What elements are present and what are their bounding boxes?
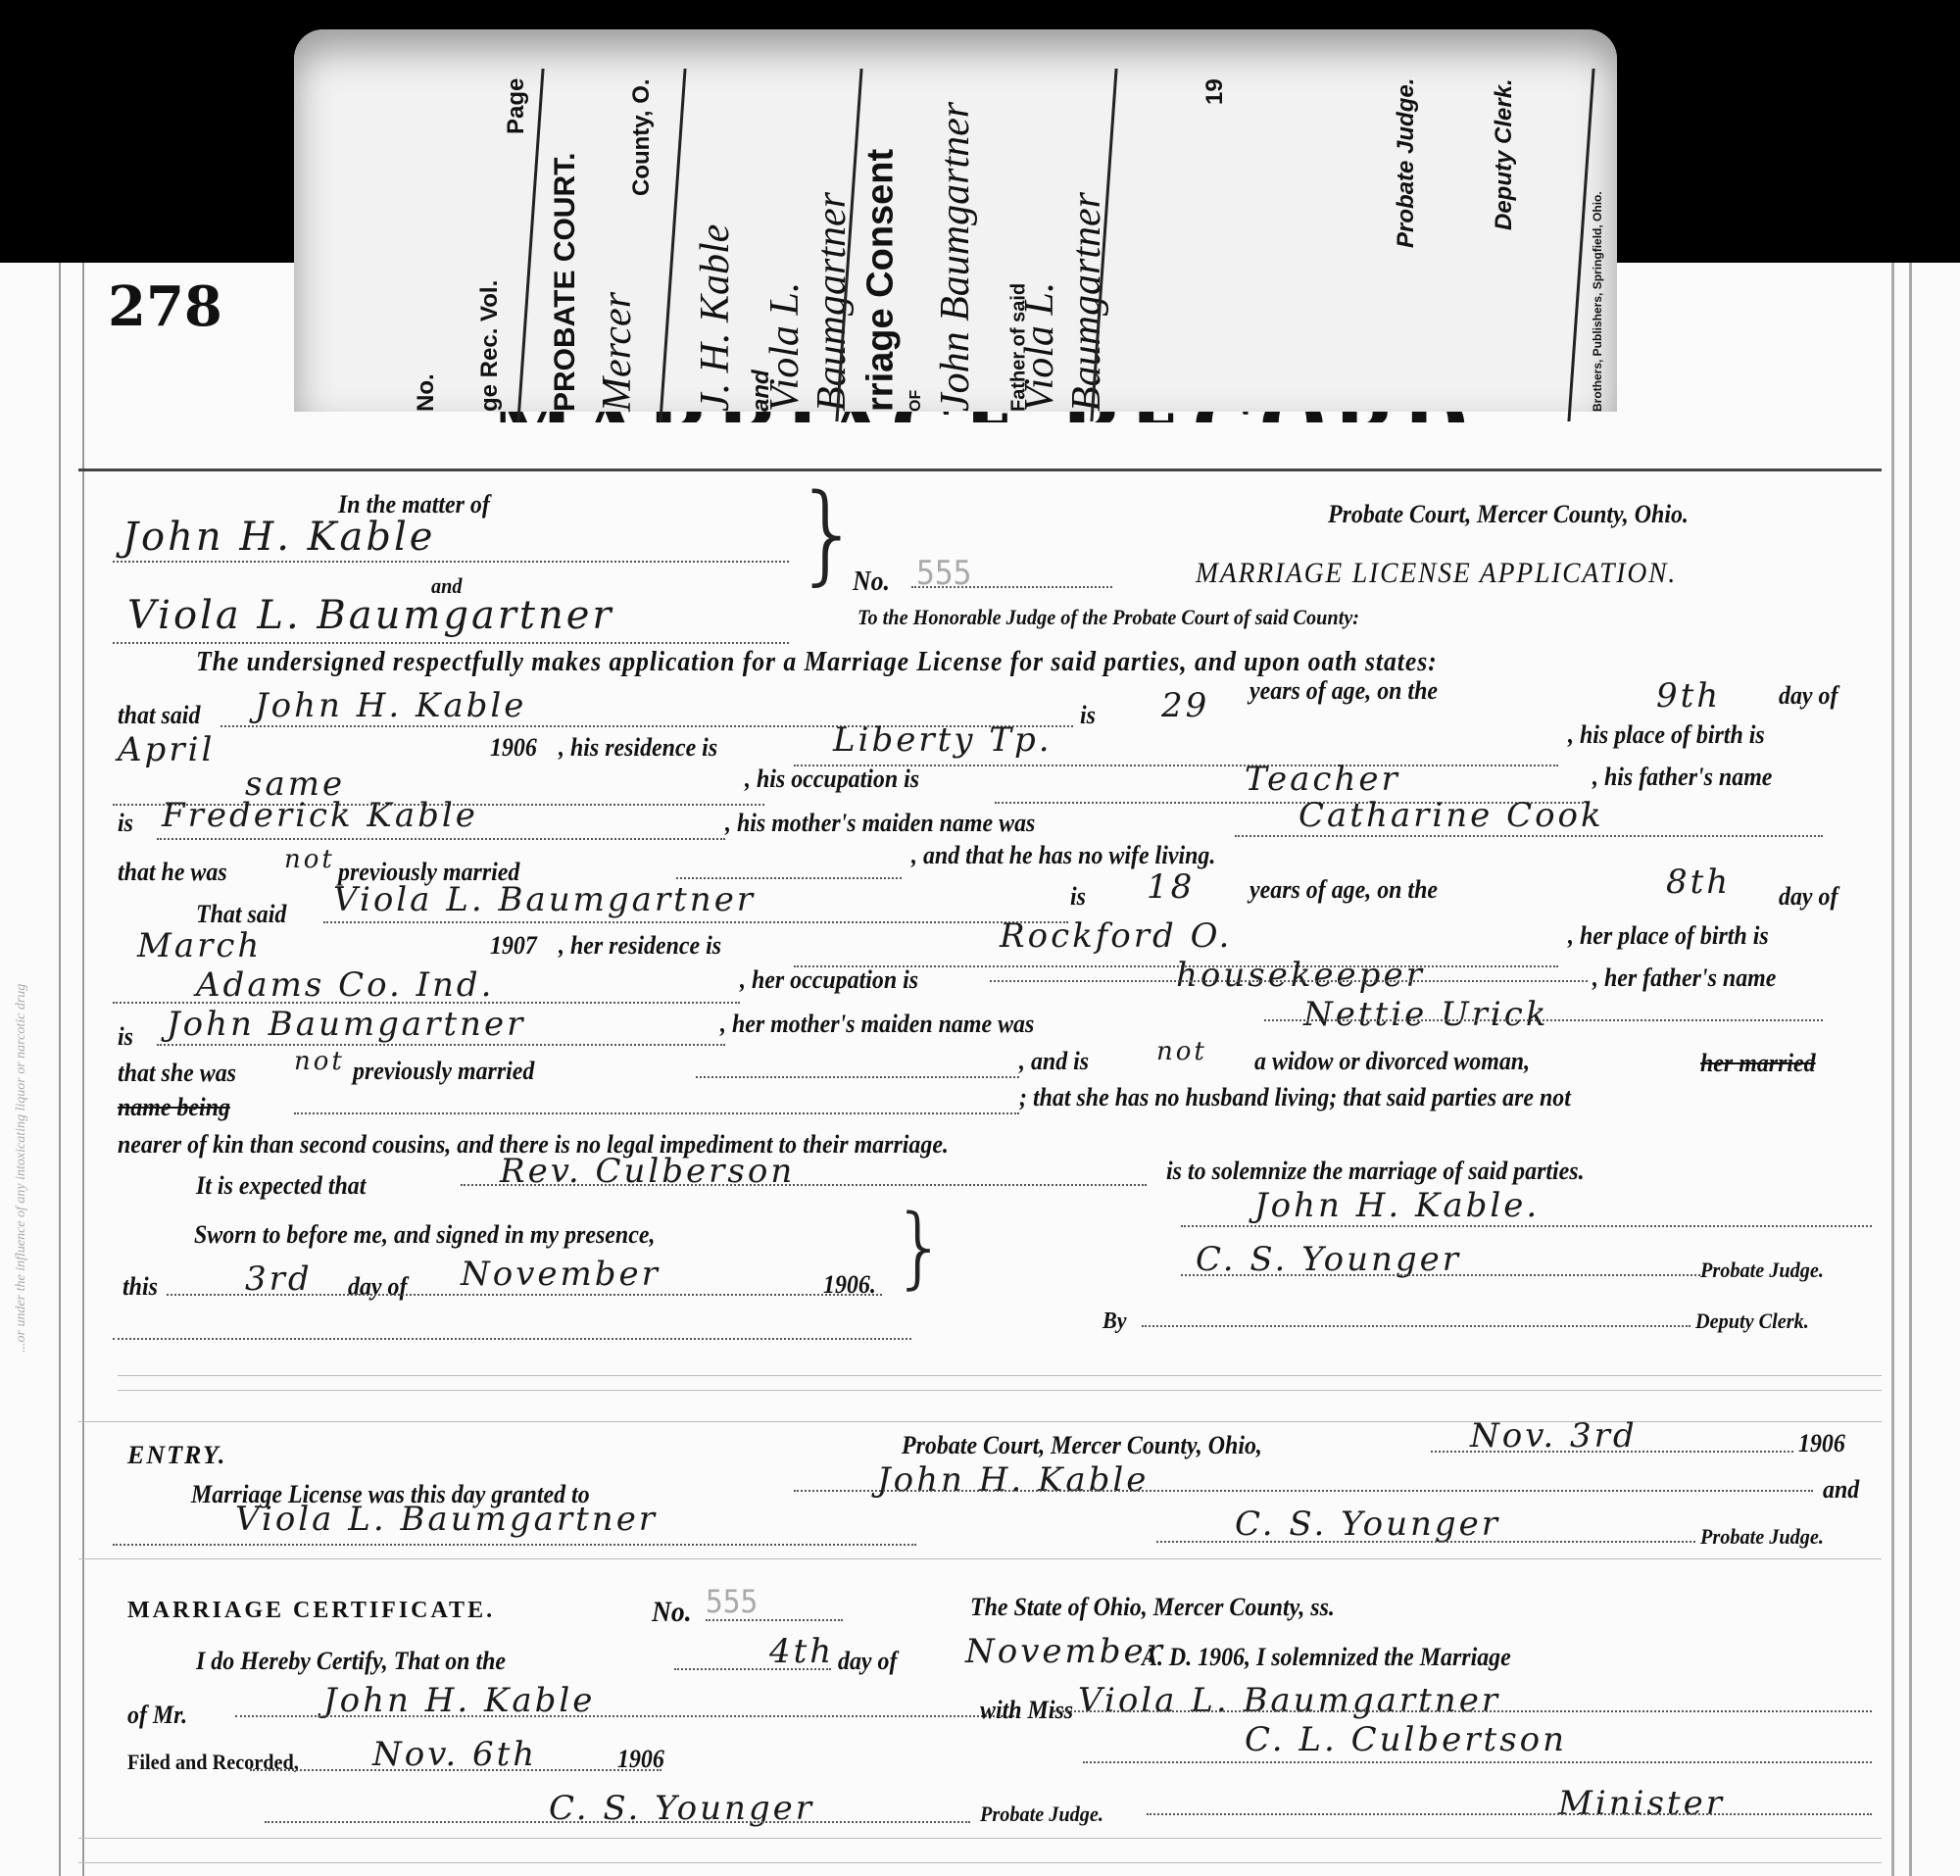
- line: [1264, 1019, 1823, 1021]
- rule: [118, 1375, 1882, 1376]
- groom-name: John H. Kable: [255, 686, 526, 725]
- groom-birth-year: 1906: [490, 733, 537, 763]
- label: , his mother's maiden name was: [725, 809, 1035, 838]
- label: , her father's name: [1592, 963, 1776, 993]
- groom-age: 29: [1161, 686, 1209, 725]
- label: that she was: [118, 1059, 236, 1088]
- label: That said: [196, 900, 286, 929]
- groom-residence: Liberty Tp.: [833, 720, 1053, 760]
- slip-consenter: John Baumgartner: [926, 78, 985, 412]
- line: [706, 1619, 843, 1621]
- bride-residence: Rockford O.: [1000, 916, 1232, 956]
- slip-rule: [659, 69, 686, 421]
- line: [113, 561, 789, 563]
- entry-date: Nov. 3rd: [1470, 1416, 1638, 1456]
- party2-name: Viola L. Baumgartner: [127, 593, 614, 638]
- line: [113, 1338, 911, 1340]
- margin-rule: [82, 263, 84, 1876]
- line: [990, 980, 1588, 982]
- to-judge: To the Honorable Judge of the Probate Co…: [857, 605, 1359, 630]
- slip-publisher: Brothers, Publishers, Springfield, Ohio.: [1588, 78, 1607, 412]
- groom-father: Frederick Kable: [162, 796, 478, 835]
- label: , her occupation is: [740, 965, 918, 995]
- label: , his place of birth is: [1568, 720, 1765, 750]
- state-label: The State of Ohio, Mercer County, ss.: [970, 1593, 1335, 1622]
- groom-mother: Catharine Cook: [1298, 796, 1604, 835]
- line: [323, 921, 1068, 923]
- margin-note: ...or under the influence of any intoxic…: [14, 608, 53, 1353]
- label: , her place of birth is: [1568, 921, 1769, 951]
- slip-probate-judge-label: Probate Judge.: [1392, 78, 1421, 412]
- margin-rule: [59, 263, 61, 1876]
- slip-county-label: County, O.: [627, 78, 657, 412]
- rule: [78, 1558, 1882, 1559]
- line: [676, 877, 902, 879]
- label: day of: [1779, 882, 1837, 912]
- groom-occupation: Teacher: [1245, 760, 1400, 799]
- line: [1235, 835, 1823, 837]
- cert-month: November: [965, 1632, 1165, 1671]
- certificate-heading: MARRIAGE CERTIFICATE.: [127, 1598, 495, 1624]
- label: previously married: [353, 1057, 534, 1086]
- label: Filed and Recorded,: [127, 1750, 299, 1775]
- label: , and that he has no wife living.: [911, 841, 1215, 870]
- groom-prev-married: not: [284, 845, 335, 874]
- bride-widow: not: [1156, 1037, 1207, 1066]
- line: [157, 1044, 725, 1046]
- label: , his residence is: [559, 733, 717, 763]
- certificate-no: 555: [706, 1583, 758, 1620]
- line: [157, 838, 725, 840]
- bride-occupation: housekeeper: [1176, 956, 1425, 995]
- cert-day: 4th: [769, 1632, 834, 1671]
- sworn-day: 3rd: [245, 1259, 313, 1299]
- struck-married: her married: [1700, 1049, 1816, 1078]
- slip-deputy-clerk-label: Deputy Clerk.: [1490, 78, 1519, 412]
- label: a widow or divorced woman,: [1254, 1047, 1530, 1076]
- label: A. D. 1906, I solemnized the Marriage: [1142, 1643, 1511, 1672]
- line: [1083, 1761, 1872, 1763]
- cert-bride: Viola L. Baumgartner: [1078, 1681, 1500, 1720]
- label: is: [1080, 701, 1096, 730]
- groom-birth-day: 9th: [1656, 676, 1721, 716]
- right-rule: [1909, 263, 1912, 1876]
- label: that said: [118, 701, 200, 730]
- app-title: MARRIAGE LICENSE APPLICATION.: [1196, 557, 1677, 590]
- bride-mother: Nettie Urick: [1303, 995, 1548, 1034]
- slip-page-label: Page: [502, 78, 531, 412]
- label: Probate Court, Mercer County, Ohio,: [902, 1431, 1262, 1460]
- app-no-label: No.: [853, 567, 890, 598]
- label: Deputy Clerk.: [1695, 1308, 1809, 1334]
- label: Sworn to before me, and signed in my pre…: [194, 1220, 655, 1250]
- line: [1142, 1325, 1690, 1327]
- line: [294, 1112, 1019, 1114]
- label: , and is: [1019, 1047, 1089, 1076]
- rule: [118, 1390, 1882, 1391]
- slip-no-label: No.: [412, 78, 441, 412]
- line: [113, 1002, 740, 1004]
- label: is: [118, 1022, 133, 1052]
- court-header: Probate Court, Mercer County, Ohio.: [1328, 500, 1689, 529]
- groom-birth-month: April: [118, 730, 215, 769]
- bride-birthplace: Adams Co. Ind.: [196, 965, 495, 1005]
- rule: [78, 1838, 1882, 1839]
- slip-consent-title: rriage Consent: [857, 78, 905, 412]
- label: is: [118, 809, 133, 838]
- label: No.: [652, 1596, 692, 1629]
- line: [167, 1294, 882, 1296]
- line: [113, 642, 789, 644]
- label: day of: [838, 1647, 897, 1676]
- label: , her mother's maiden name was: [720, 1010, 1034, 1039]
- label: of Mr.: [127, 1701, 187, 1730]
- entry-judge-signature: C. S. Younger: [1235, 1505, 1500, 1544]
- label: is to solemnize the marriage of said par…: [1166, 1157, 1585, 1186]
- line: [1156, 1541, 1695, 1543]
- line: [1053, 1710, 1872, 1712]
- section-divider: [78, 469, 1882, 471]
- slip-rec-vol-label: ge Rec. Vol.: [475, 78, 505, 412]
- line: [235, 1715, 1014, 1717]
- label: day of: [1779, 681, 1837, 711]
- label: By: [1102, 1308, 1127, 1335]
- line: [250, 1769, 661, 1771]
- bride-birth-month: March: [137, 926, 262, 965]
- filed-year: 1906: [617, 1745, 664, 1774]
- bride-father: John Baumgartner: [167, 1005, 525, 1044]
- entry-year: 1906: [1798, 1429, 1845, 1458]
- bride-name: Viola L. Baumgartner: [333, 880, 756, 919]
- line: [794, 1490, 1813, 1492]
- line: [1181, 1274, 1700, 1276]
- label: ; that she has no husband living; that s…: [1019, 1083, 1571, 1112]
- label: day of: [348, 1272, 407, 1302]
- app-judge-signature: C. S. Younger: [1196, 1240, 1461, 1279]
- slip-year-label: 19: [1200, 78, 1230, 412]
- entry-bride: Viola L. Baumgartner: [235, 1500, 658, 1539]
- line: [1431, 1451, 1793, 1453]
- label: this: [122, 1272, 158, 1302]
- label: Probate Judge.: [980, 1802, 1103, 1827]
- label: I do Hereby Certify, That on the: [196, 1647, 506, 1676]
- party1-name: John H. Kable: [122, 515, 435, 560]
- label: It is expected that: [196, 1171, 366, 1201]
- minister-title: Minister: [1558, 1784, 1725, 1823]
- line: [674, 1668, 831, 1670]
- entry-groom: John H. Kable: [877, 1460, 1149, 1500]
- bride-prev-married: not: [294, 1047, 345, 1076]
- cert-groom: John H. Kable: [323, 1681, 595, 1720]
- line: [911, 586, 1112, 588]
- line: [461, 1184, 1147, 1186]
- struck-name-being: name being: [118, 1093, 230, 1122]
- label: years of age, on the: [1249, 875, 1438, 905]
- bride-birth-year: 1907: [490, 931, 537, 961]
- slip-of: OF: [906, 78, 926, 412]
- label: , his father's name: [1592, 763, 1772, 792]
- consent-slip: No. ge Rec. Vol. Page PROBATE COURT. Mer…: [294, 29, 1617, 412]
- brace: }: [892, 1196, 948, 1299]
- applicant-signature: John H. Kable.: [1254, 1186, 1540, 1225]
- label: that he was: [118, 858, 227, 887]
- label: , her residence is: [559, 931, 721, 961]
- intro-text: The undersigned respectfully makes appli…: [196, 647, 1438, 678]
- entry-heading: ENTRY.: [127, 1441, 226, 1470]
- label: Probate Judge.: [1700, 1524, 1824, 1550]
- rule: [78, 1862, 1882, 1863]
- label: is: [1070, 882, 1086, 912]
- line: [696, 1076, 1019, 1078]
- slip-court-label: PROBATE COURT.: [544, 78, 587, 412]
- right-rule: [1891, 263, 1894, 1876]
- line: [113, 1544, 916, 1546]
- label: and: [1823, 1475, 1859, 1505]
- slip-minor: Viola L. Baumgartner: [1034, 78, 1093, 412]
- line: [1181, 1225, 1872, 1227]
- label: years of age, on the: [1249, 676, 1438, 706]
- bride-age: 18: [1147, 867, 1195, 907]
- line: [1147, 1813, 1872, 1815]
- slip-groom: J. H. Kable: [686, 78, 745, 412]
- minister-signature: C. L. Culbertson: [1245, 1720, 1567, 1759]
- filed-date: Nov. 6th: [372, 1735, 537, 1774]
- slip-bride: Viola L. Baumgartner: [779, 78, 838, 412]
- line: [265, 1821, 970, 1823]
- label: Probate Judge.: [1700, 1258, 1824, 1283]
- label: , his occupation is: [745, 765, 919, 794]
- page-number: 278: [108, 274, 222, 339]
- bride-birth-day: 8th: [1666, 863, 1731, 902]
- sworn-month: November: [461, 1255, 661, 1294]
